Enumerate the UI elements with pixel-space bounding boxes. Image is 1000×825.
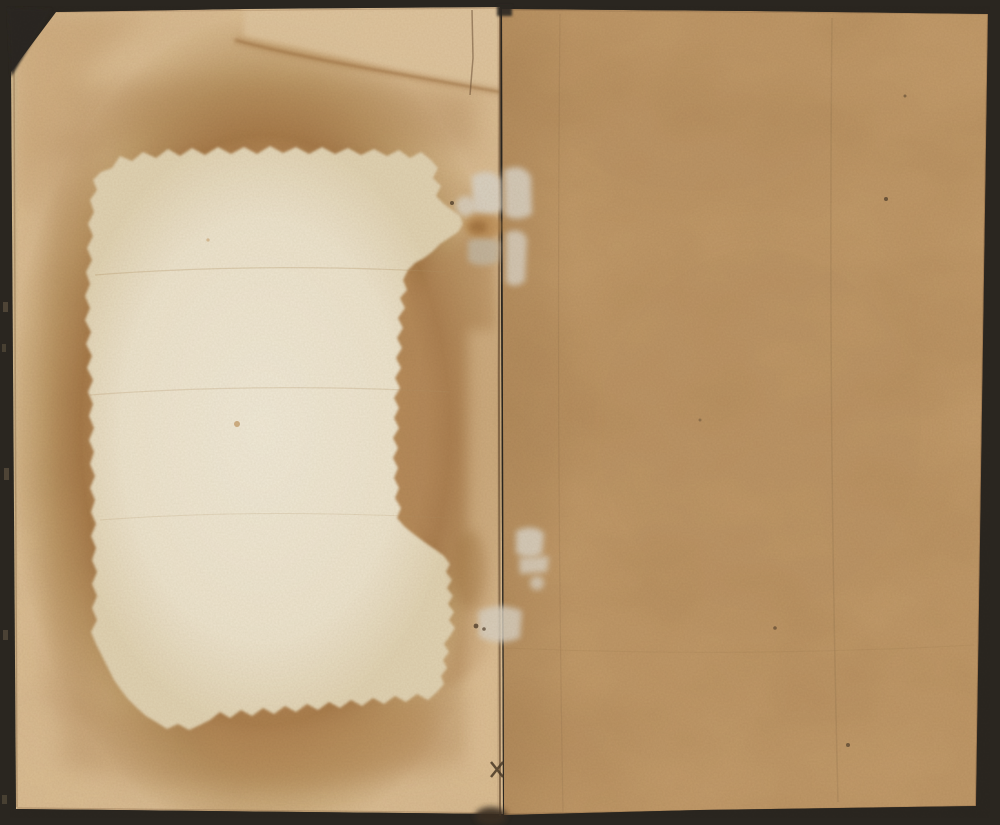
cover-wear-fleck bbox=[2, 795, 7, 804]
cover-wear-fleck bbox=[3, 302, 8, 312]
cover-wear-fleck bbox=[4, 468, 9, 480]
cover-wear-fleck bbox=[3, 630, 8, 640]
paper-grain-overlay bbox=[10, 6, 990, 818]
book-scan: Scanned two-page spread of an aged book:… bbox=[0, 0, 1000, 825]
cover-wear-fleck bbox=[2, 344, 6, 352]
book-scan-canvas bbox=[0, 0, 1000, 825]
